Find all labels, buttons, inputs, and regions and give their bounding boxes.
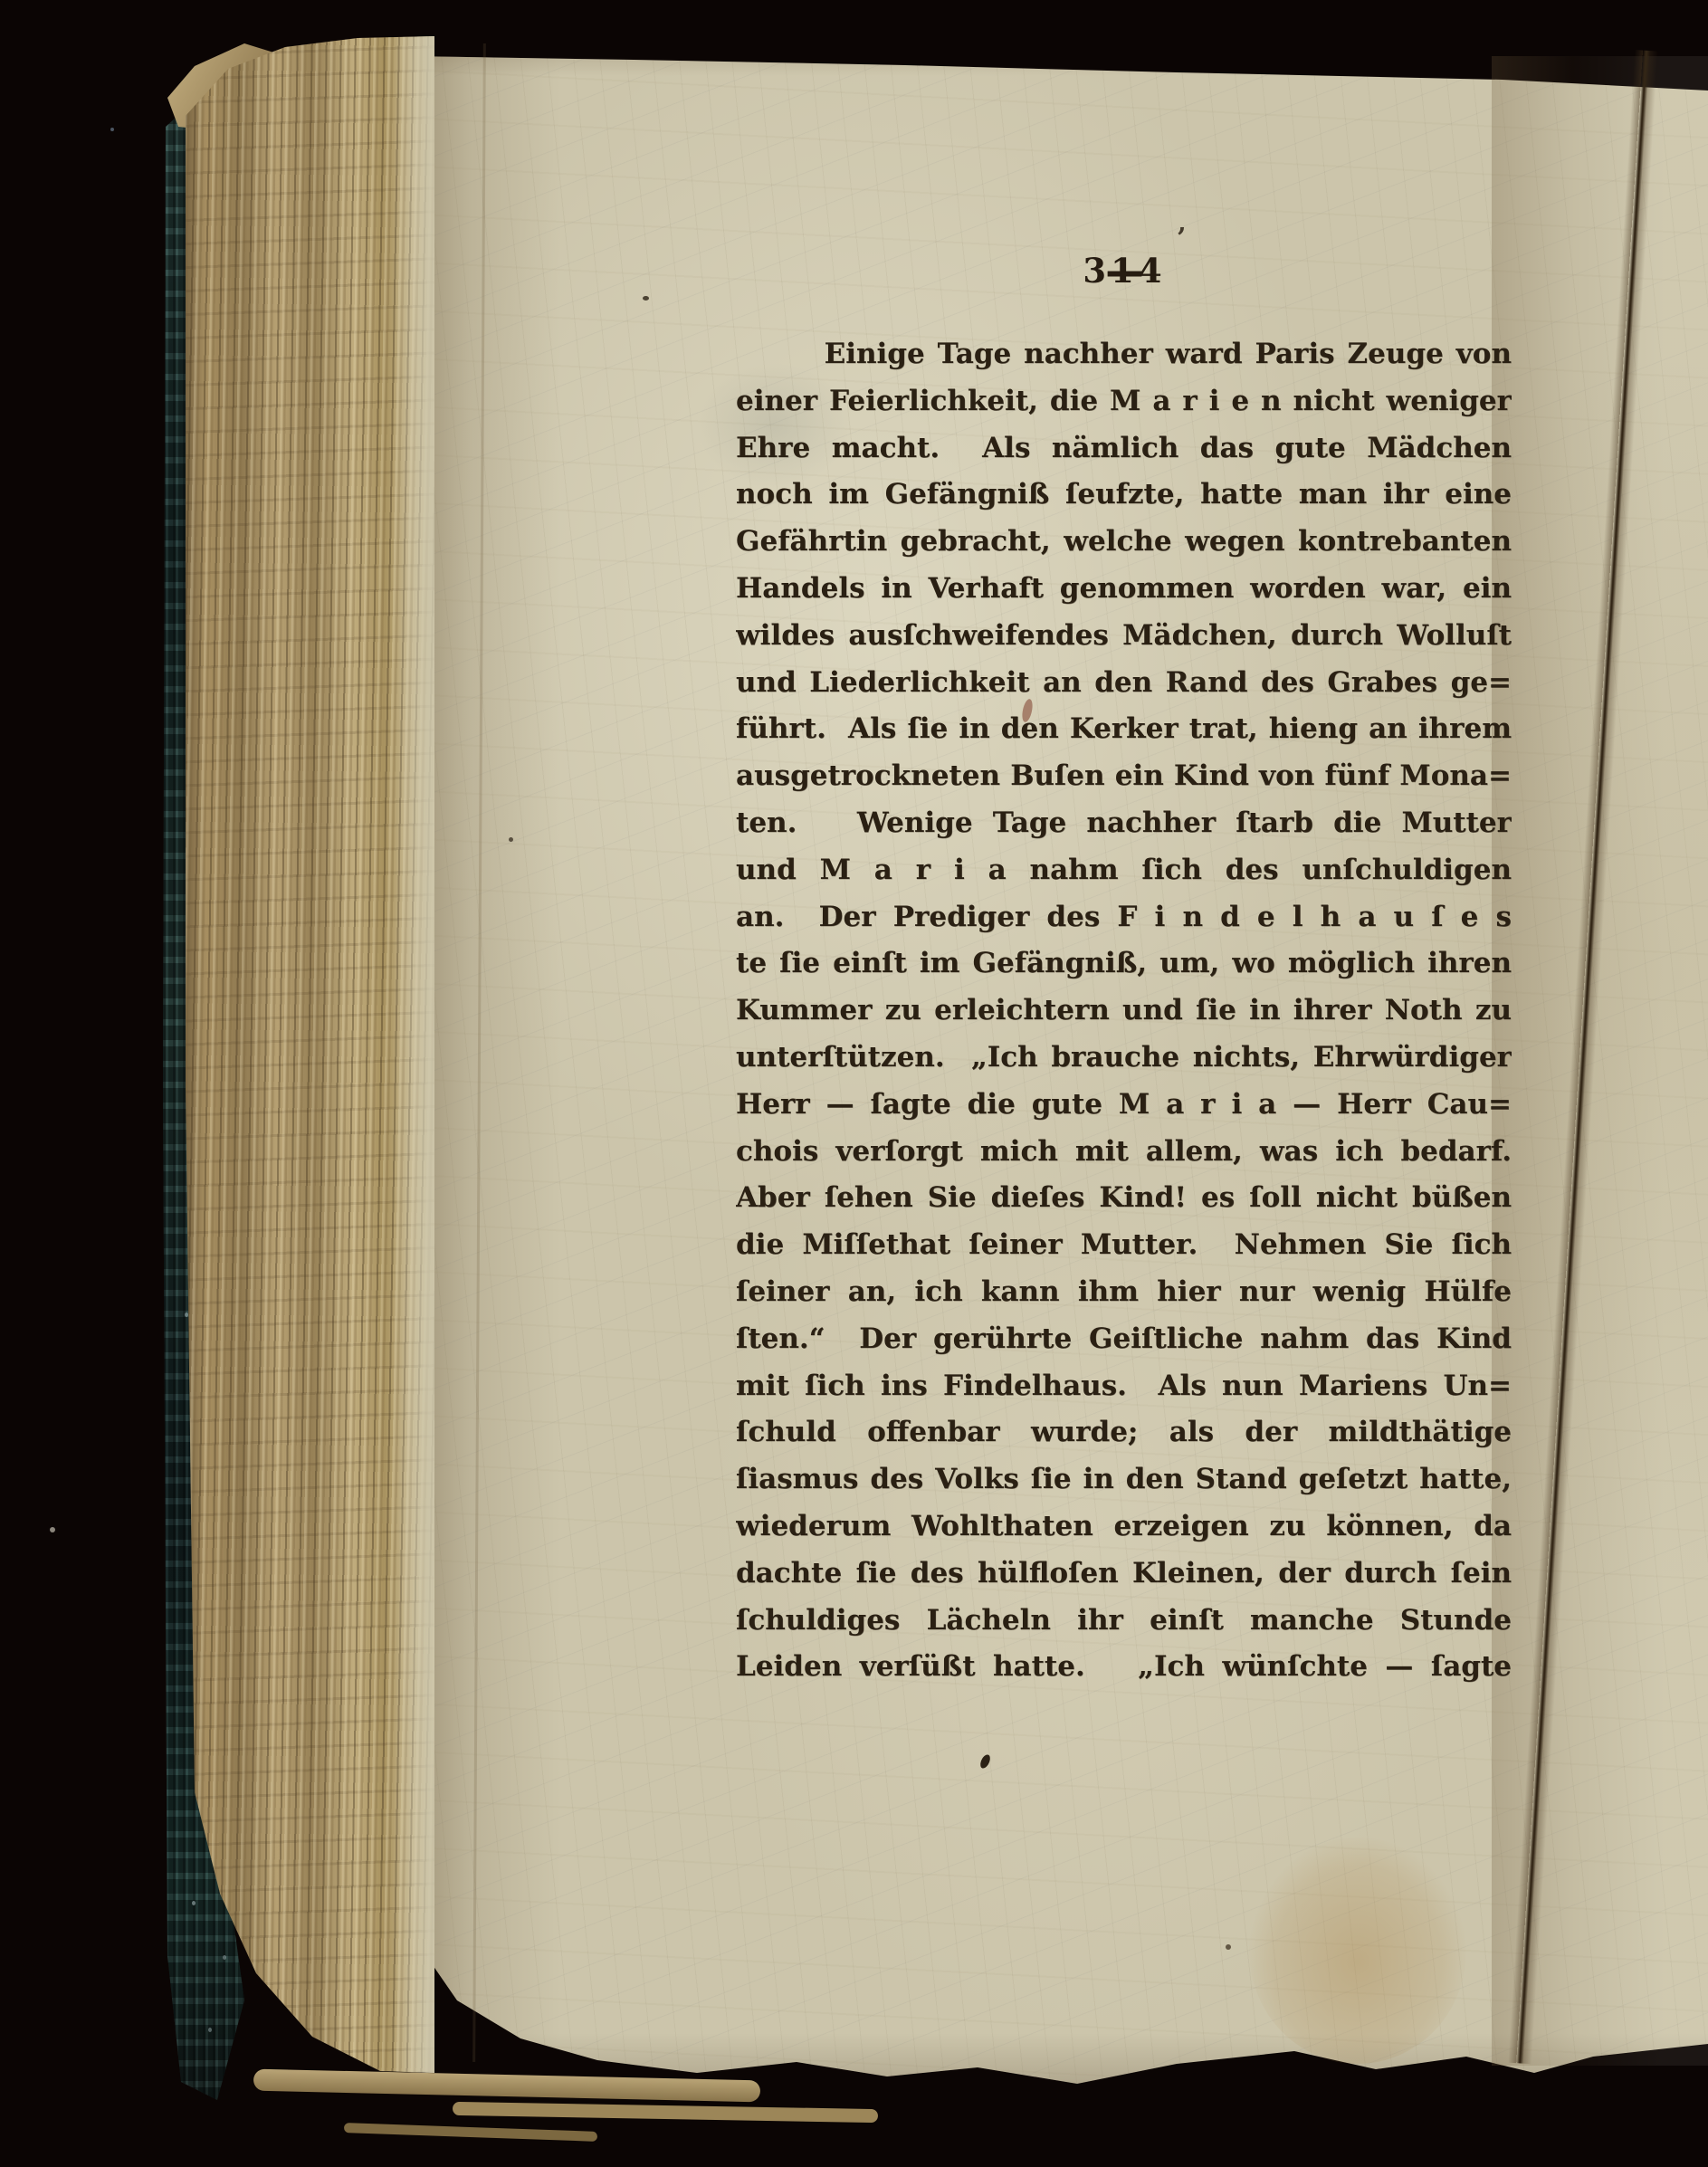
text-line: Leiden verſüßt hatte. „Ich wünſchte — ſa… <box>736 1644 1512 1691</box>
text-line: Einige Tage nachher ward Paris Zeuge von <box>736 331 1512 378</box>
dust-speck <box>50 1527 55 1532</box>
text-line: ſchuldiges Lächeln ihr einſt manche Stun… <box>736 1598 1512 1645</box>
torn-page-sliver <box>344 2123 597 2142</box>
text-line: noch im Gefängniß ſeufzte, hatte man ihr… <box>736 472 1512 519</box>
text-line: dachte ſie des hülfloſen Kleinen, der du… <box>736 1551 1512 1598</box>
text-line: und Liederlichkeit an den Rand des Grabe… <box>736 660 1512 707</box>
text-line: Ehre macht. Als nämlich das gute Mädchen <box>736 425 1512 473</box>
ink-speck <box>509 837 513 842</box>
text-line: ſeiner an, ich kann ihm hier nur wenig H… <box>736 1269 1512 1316</box>
text-line: te ſie einſt im Gefängniß, um, wo möglic… <box>736 940 1512 988</box>
paper-stain <box>1249 1838 1466 2064</box>
text-line: Aber ſehen Sie dieſes Kind! es ſoll nich… <box>736 1175 1512 1222</box>
book-scan-photo: — 314 — ’ Einige Tage nachher ward Paris… <box>0 0 1708 2167</box>
page-stack-fore-edge <box>181 31 434 2113</box>
text-line: unterſtützen. „Ich brauche nichts, Ehrwü… <box>736 1035 1512 1082</box>
text-line: mit ſich ins Findelhaus. Als nun Mariens… <box>736 1363 1512 1410</box>
text-line: und M a r i a nahm ſich des unſchuldigen… <box>736 847 1512 894</box>
text-line: die Miſſethat ſeiner Mutter. Nehmen Sie … <box>736 1222 1512 1269</box>
header-right-dash: — <box>1106 248 1144 293</box>
text-line: chois verſorgt mich mit allem, was ich b… <box>736 1129 1512 1176</box>
text-line: wiederum Wohlthaten erzeigen zu können, … <box>736 1504 1512 1551</box>
text-line: wildes ausſchweifendes Mädchen, durch Wo… <box>736 613 1512 660</box>
text-line: ausgetrockneten Buſen ein Kind von fünf … <box>736 753 1512 800</box>
ink-speck <box>643 296 649 301</box>
text-line: ſten.“ Der gerührte Geiſtliche nahm das … <box>736 1316 1512 1363</box>
text-line: ten. Wenige Tage nachher ſtarb die Mutte… <box>736 800 1512 847</box>
next-page-sliver <box>1492 56 1708 2066</box>
body-text: Einige Tage nachher ward Paris Zeuge von… <box>736 331 1512 1691</box>
text-line: ſiasmus des Volks ſie in den Stand geſet… <box>736 1456 1512 1504</box>
text-line: an. Der Prediger des F i n d e l h a u ſ… <box>736 894 1512 941</box>
text-line: einer Feierlichkeit, die M a r i e n nic… <box>736 378 1512 425</box>
torn-page-sliver <box>253 2069 760 2103</box>
text-line: Kummer zu erleichtern und ſie in ihrer N… <box>736 988 1512 1035</box>
text-line: führt. Als ſie in den Kerker trat, hieng… <box>736 706 1512 753</box>
page-header: — 314 — <box>738 244 1512 297</box>
text-line: ſchuld offenbar wurde; als der mildthäti… <box>736 1409 1512 1456</box>
text-line: Gefährtin gebracht, welche wegen kontreb… <box>736 519 1512 566</box>
dust-speck <box>110 128 114 131</box>
ink-speck <box>1226 1944 1231 1950</box>
text-line: Herr — ſagte die gute M a r i a — Herr C… <box>736 1082 1512 1129</box>
torn-page-sliver <box>453 2102 878 2123</box>
ink-mark-apostrophe: ’ <box>1177 223 1186 254</box>
text-line: Handels in Verhaft genommen worden war, … <box>736 566 1512 613</box>
